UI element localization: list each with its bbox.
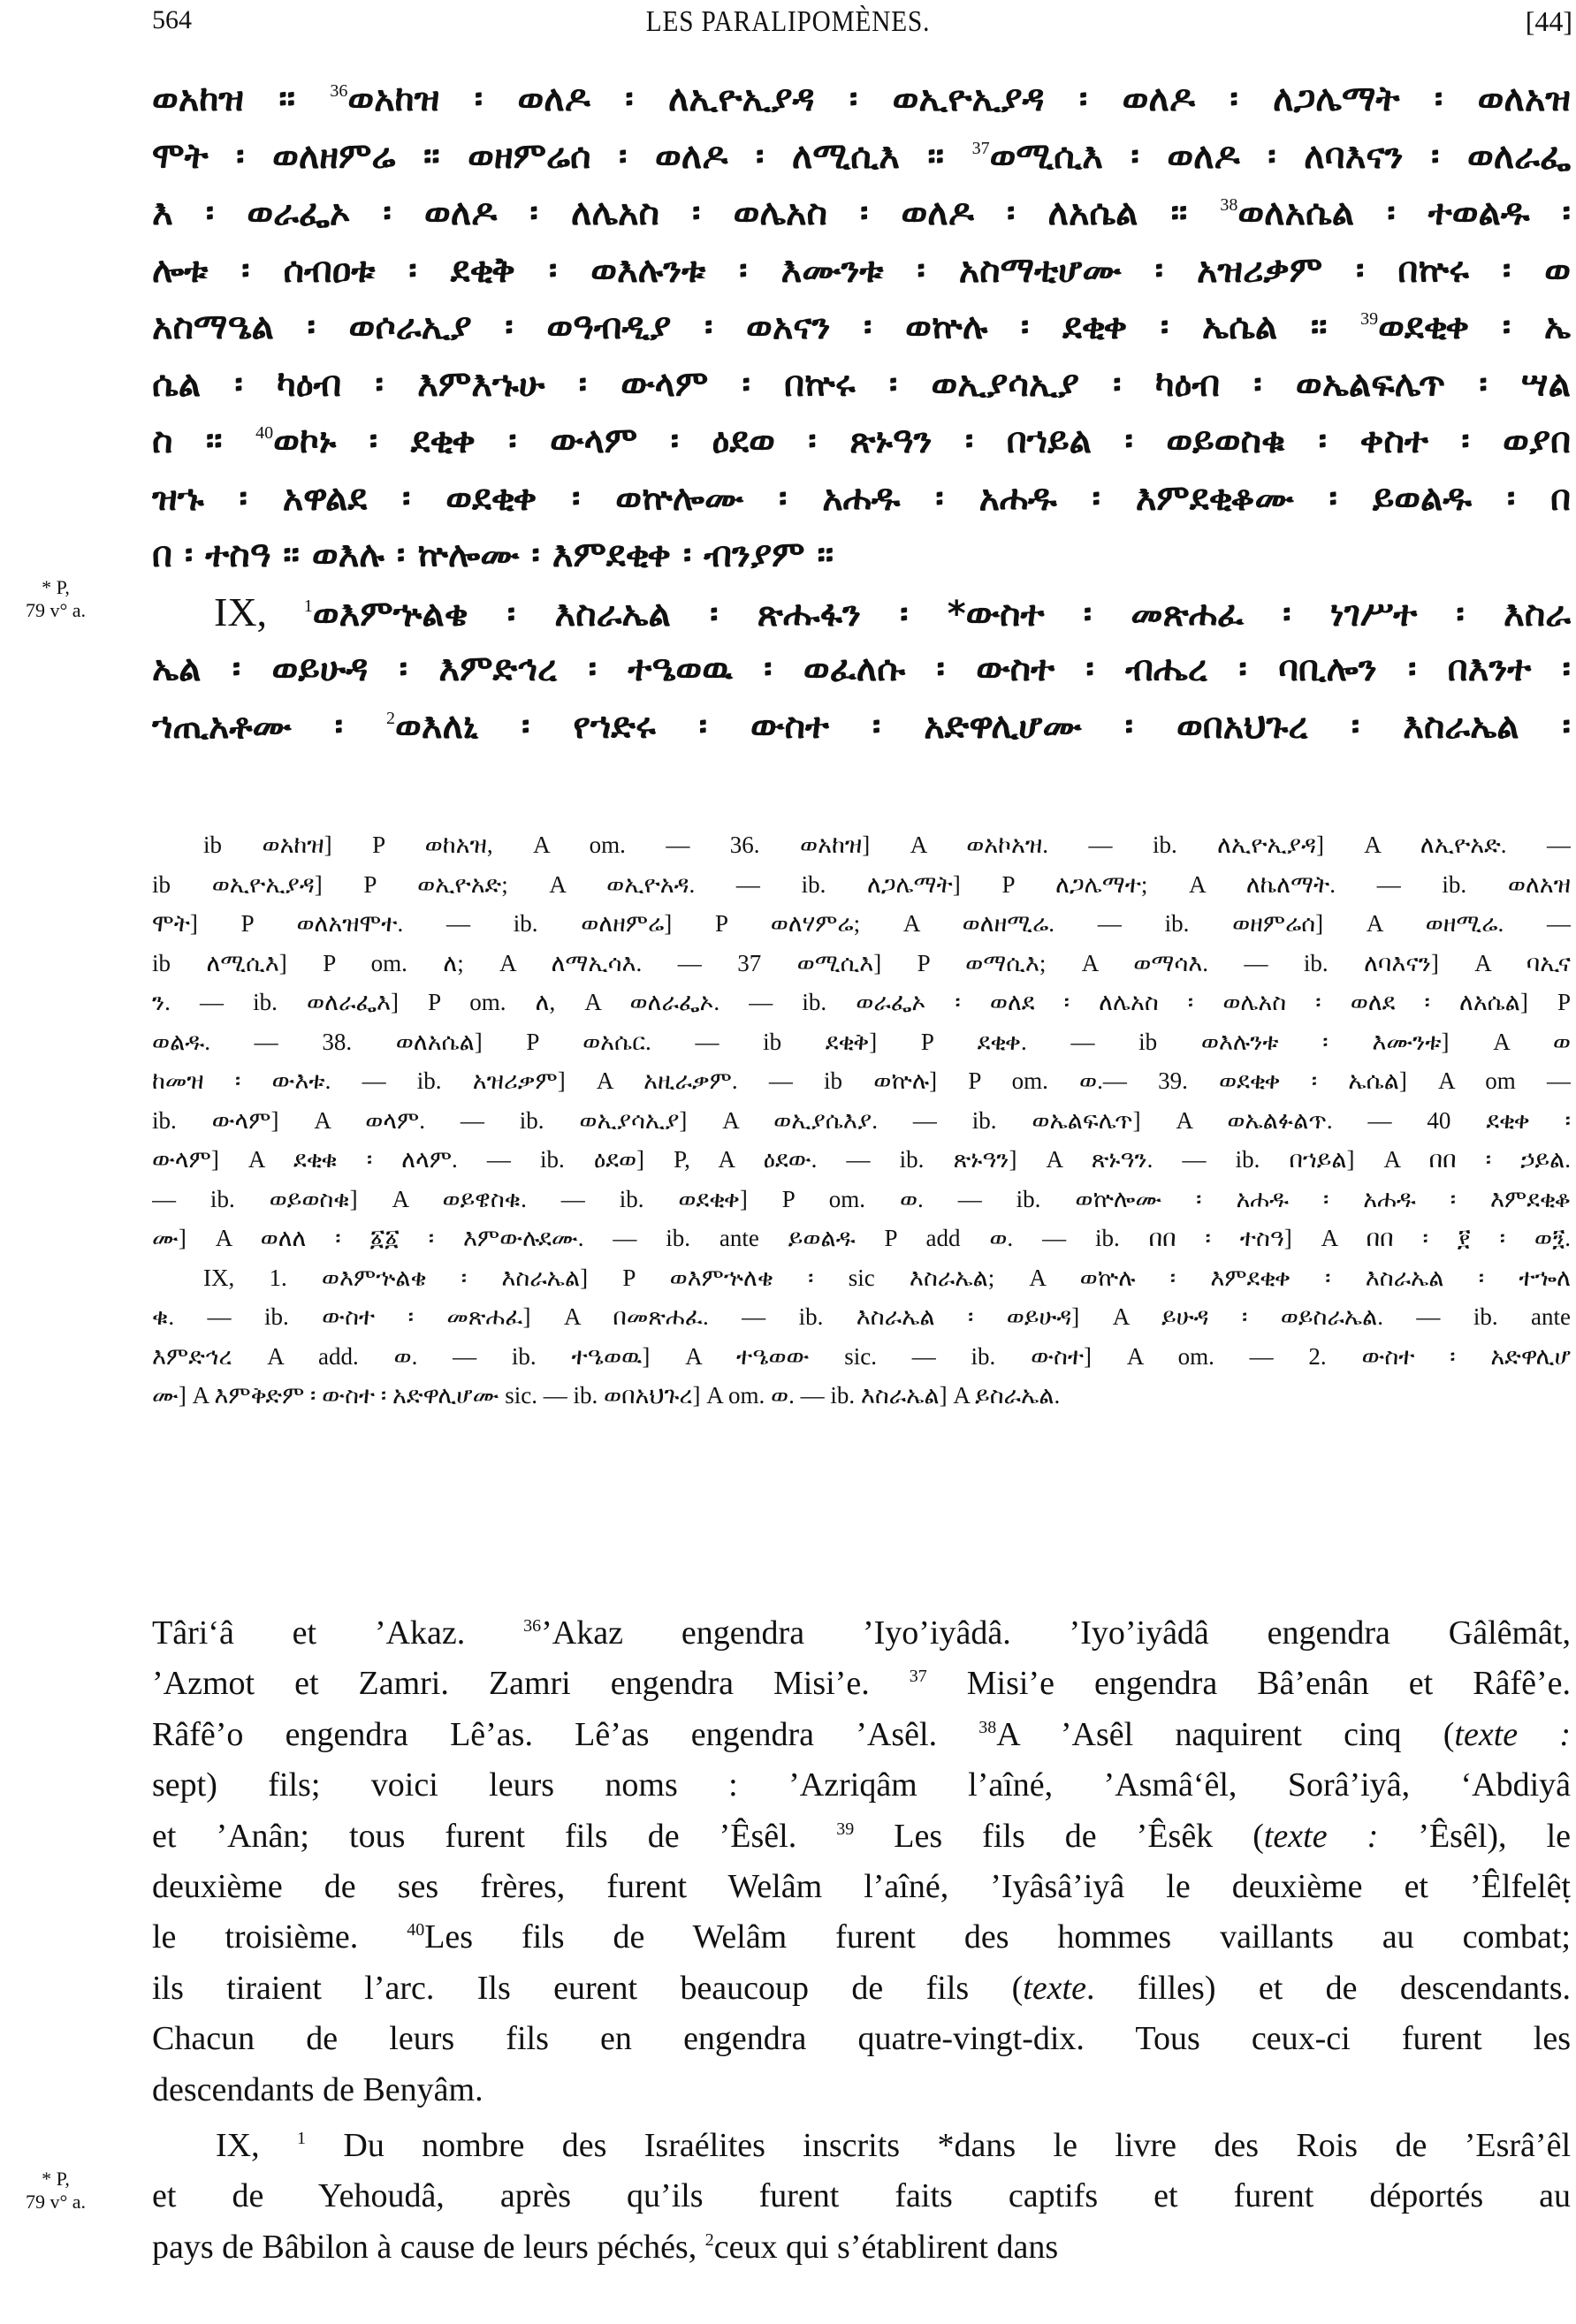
translation-text: pays de Bâbilon à cause de leurs péchés, (152, 2229, 705, 2266)
translation-text: Râfê’o engendra Lê’as. Lê’as engendra ’A… (152, 1716, 978, 1753)
ethiopic-text: ስ ። (152, 421, 255, 461)
ethiopic-line: ሞት ፡ ወለዘምሬ ። ወዘምሬሰ ፡ ወለዶ ፡ ለሚሲእ ። 37ወሚሲእ… (152, 128, 1571, 186)
ethiopic-text: ወእለኒ ፡ የኀድሩ ፡ ውስተ ፡ አድዋሊሆሙ ፡ ወበአህጉረ ፡ እስ… (395, 706, 1571, 747)
margin-note-folio: * P, 79 v° a. (7, 2168, 104, 2214)
translation-text: ceux qui s’établirent dans (714, 2229, 1058, 2266)
translation-text: Du nombre des Israélites inscrits *dans … (306, 2127, 1571, 2164)
translation-line: le troisième. 40Les fils de Welâm furent… (152, 1912, 1571, 1963)
running-title: LES PARALIPOMÈNES. (110, 5, 1466, 39)
verse-number: 40 (407, 1920, 424, 1940)
translation-text: sept) fils; voici leurs noms : ’Azriqâm … (152, 1766, 1571, 1804)
apparatus-line: ib. ውላም] A ወላም. — ib. ወኢያሳኢያ] A ወኢያሴእያ. … (152, 1101, 1571, 1141)
verse-number: 1 (297, 2129, 306, 2148)
translation-text: ’Azmot et Zamri. Zamri engendra Misi’e. (152, 1665, 910, 1702)
translation-text: deuxième de ses frères, furent Welâm l’a… (152, 1868, 1571, 1905)
translation-text: Târi‘â et ’Akaz. (152, 1614, 523, 1652)
ethiopic-text: ሞት ፡ ወለዘምሬ ። ወዘምሬሰ ፡ ወለዶ ፡ ለሚሲእ ። (152, 136, 972, 177)
verse-number: 36 (523, 1616, 541, 1636)
apparatus-line: እምድኅረ A add. ወ. — ib. ተዔወዉ] A ተዔወው sic. … (152, 1337, 1571, 1377)
translation-line: Târi‘â et ’Akaz. 36’Akaz engendra ’Iyo’i… (152, 1608, 1571, 1659)
translation-line: ils tiraient l’arc. Ils eurent beaucoup … (152, 1963, 1571, 2014)
ethiopic-line: እ ፡ ወራፌኦ ፡ ወለዶ ፡ ለሌአስ ፡ ወሌአስ ፡ ወለዶ ፡ ለአሴ… (152, 185, 1571, 242)
translation-line: deuxième de ses frères, furent Welâm l’a… (152, 1862, 1571, 1912)
translation-text: Chacun de leurs fils en engendra quatre-… (152, 2020, 1571, 2057)
verse-number: 36 (330, 81, 347, 101)
translation-text: IX, (216, 2127, 297, 2164)
verse-number: 38 (1220, 195, 1237, 215)
translation-text: descendants de Benyâm. (152, 2071, 483, 2108)
ethiopic-text: በ ፡ ተስዓ ። ወእሉ ፡ ኵሎሙ ፡ እምደቂቀ ፡ ብንያም ። (152, 535, 834, 575)
apparatus-line: — ib. ወይወስቁ] A ወይዌስቁ. — ib. ወደቂቀ] P om. … (152, 1180, 1571, 1219)
ethiopic-line: ሴል ፡ ካዕብ ፡ እምእኁሁ ፡ ውላም ፡ በኵሩ ፡ ወኢያሳኢያ ፡ … (152, 356, 1571, 414)
translation-line: Râfê’o engendra Lê’as. Lê’as engendra ’A… (152, 1710, 1571, 1760)
margin-note-line: * P, (7, 576, 104, 599)
french-translation: Târi‘â et ’Akaz. 36’Akaz engendra ’Iyo’i… (152, 1608, 1571, 2273)
ethiopic-text-block: ወአከዝ ። 36ወአከዝ ፡ ወለዶ ፡ ለኢዮኢያዳ ፡ ወኢዮኢያዳ ፡ … (152, 71, 1571, 755)
ethiopic-line: ኀጢአቶሙ ፡ 2ወእለኒ ፡ የኀድሩ ፡ ውስተ ፡ አድዋሊሆሙ ፡ ወበ… (152, 698, 1571, 756)
apparatus-line: ሙ] A እምቅድም ፡ ውስተ ፡ አድዋሊሆሙ sic. — ib. ወበአ… (152, 1376, 1571, 1416)
verse-number: 39 (836, 1819, 854, 1839)
ethiopic-text: ወአከዝ ፡ ወለዶ ፡ ለኢዮኢያዳ ፡ ወኢዮኢያዳ ፡ ወለዶ ፡ ለጋሌ… (347, 79, 1571, 119)
ethiopic-text: ኤል ፡ ወይሁዳ ፡ እምድኅረ ፡ ተዔወዉ ፡ ወፈለሱ ፡ ውስተ ፡ … (152, 649, 1571, 689)
verse-number: 1 (304, 596, 313, 616)
apparatus-line: ውላም] A ደቂቁ ፡ ለላም. — ib. ዕደወ] P, A ዕደው. —… (152, 1140, 1571, 1180)
critical-apparatus: ib ወአከዝ] P ወከአዝ, A om. — 36. ወአከዝ] A ወአኮ… (152, 825, 1571, 1416)
ethiopic-line: ወአከዝ ። 36ወአከዝ ፡ ወለዶ ፡ ለኢዮኢያዳ ፡ ወኢዮኢያዳ ፡ … (152, 71, 1571, 128)
translation-text: et de Yehoudâ, après qu’ils furent faits… (152, 2177, 1571, 2214)
apparatus-line: ሞት] P ወለአዝሞተ. — ib. ወለዘምሬ] P ወለሃምሬ; A ወለ… (152, 904, 1571, 944)
translation-line: et ’Anân; tous furent fils de ’Êsêl. 39 … (152, 1811, 1571, 1862)
translation-line: et de Yehoudâ, après qu’ils furent faits… (152, 2171, 1571, 2221)
page-header: 564 LES PARALIPOMÈNES. [44] (0, 5, 1576, 49)
ethiopic-text: ወእምኍልቄ ፡ እስራኤል ፡ ጽሑፋን ፡ *ውስተ ፡ መጽሐፈ ፡ ነገ… (313, 594, 1571, 634)
margin-note-line: * P, (7, 2168, 104, 2191)
apparatus-line: ከመዝ ፡ ውእቱ. — ib. አዝሪቃም] A አዚራቃም. — ib ወኵ… (152, 1061, 1571, 1101)
verse-number: 39 (1360, 309, 1378, 329)
italic-note: texte : (1454, 1716, 1571, 1753)
translation-text: Misi’e engendra Bâ’enân et Râfê’e. (927, 1665, 1571, 1702)
chapter-number: IX, (214, 589, 304, 634)
italic-note: texte : (1264, 1818, 1378, 1855)
ethiopic-text: ወደቂቀ ፡ ኤ (1378, 307, 1571, 347)
translation-line: ’Azmot et Zamri. Zamri engendra Misi’e. … (152, 1659, 1571, 1709)
ethiopic-text: ወለአሴል ፡ ተወልዱ ፡ (1237, 193, 1571, 233)
apparatus-line: ib ወአከዝ] P ወከአዝ, A om. — 36. ወአከዝ] A ወአኮ… (152, 825, 1571, 865)
ethiopic-line: ስ ። 40ወኮኑ ፡ ደቂቀ ፡ ውላም ፡ ዕደወ ፡ ጽኑዓን ፡ በኀይ… (152, 413, 1571, 470)
translation-text: . filles) et de descendants. (1086, 1970, 1571, 2007)
ethiopic-text: አስማዔል ፡ ወሶራኢያ ፡ ወዓብዲያ ፡ ወአናን ፡ ወኵሉ ፡ ደቂቀ… (152, 307, 1360, 347)
translation-text: ’Êsêl), le (1378, 1818, 1571, 1855)
apparatus-line: ib ወኢዮኢያዳ] P ወኢዮአድ; A ወኢዮአዳ. — ib. ለጋሌማት… (152, 865, 1571, 905)
apparatus-line: IX, 1. ወእምኍልቄ ፡ እስራኤል] P ወእምኍለቄ ፡ sic እስ… (152, 1258, 1571, 1298)
ethiopic-text: ዝኁ ፡ አዋልደ ፡ ወደቂቀ ፡ ወኵሎሙ ፡ አሐዱ ፡ አሐዱ ፡ እም… (152, 478, 1571, 519)
margin-note-folio: * P, 79 v° a. (7, 576, 104, 622)
ethiopic-line: አስማዔል ፡ ወሶራኢያ ፡ ወዓብዲያ ፡ ወአናን ፡ ወኵሉ ፡ ደቂቀ… (152, 299, 1571, 356)
ethiopic-text: ኀጢአቶሙ ፡ (152, 706, 386, 747)
translation-line: descendants de Benyâm. (152, 2065, 1571, 2115)
section-reference: [44] (1526, 5, 1572, 38)
ethiopic-text: እ ፡ ወራፌኦ ፡ ወለዶ ፡ ለሌአስ ፡ ወሌአስ ፡ ወለዶ ፡ ለአሴ… (152, 193, 1220, 233)
ethiopic-text: ሴል ፡ ካዕብ ፡ እምእኁሁ ፡ ውላም ፡ በኵሩ ፡ ወኢያሳኢያ ፡ … (152, 364, 1571, 405)
apparatus-line: ን. — ib. ወለራፌእ] P om. ለ, A ወለራፌኦ. — ib. … (152, 983, 1571, 1022)
translation-text: ils tiraient l’arc. Ils eurent beaucoup … (152, 1970, 1023, 2007)
ethiopic-text: ወሚሲእ ፡ ወለዶ ፡ ለባእናን ፡ ወለራፌ (990, 136, 1571, 177)
margin-note-line: 79 v° a. (7, 2191, 104, 2214)
verse-number: 37 (972, 139, 990, 158)
ethiopic-text: ወአከዝ ። (152, 79, 330, 119)
ethiopic-line: በ ፡ ተስዓ ። ወእሉ ፡ ኵሎሙ ፡ እምደቂቀ ፡ ብንያም ። (152, 527, 1571, 584)
apparatus-line: ሙ] A ወለለ ፡ ፩፩ ፡ እምውሉደሙ. — ib. ante ይወልዱ … (152, 1219, 1571, 1258)
translation-text: Les fils de ’Êsêk ( (854, 1818, 1264, 1855)
italic-note: texte (1023, 1970, 1086, 2007)
translation-text: et ’Anân; tous furent fils de ’Êsêl. (152, 1818, 836, 1855)
translation-line: sept) fils; voici leurs noms : ’Azriqâm … (152, 1760, 1571, 1811)
translation-text: ’Akaz engendra ’Iyo’iyâdâ. ’Iyo’iyâdâ en… (541, 1614, 1571, 1652)
margin-note-line: 79 v° a. (7, 599, 104, 622)
verse-number: 40 (255, 423, 273, 443)
ethiopic-text: ሎቱ ፡ ሰብዐቱ ፡ ደቂቅ ፡ ወእሉንቱ ፡ እሙንቱ ፡ አስማቲሆሙ … (152, 250, 1571, 291)
verse-number: 37 (910, 1667, 927, 1686)
verse-number: 2 (386, 709, 395, 728)
apparatus-line: ወልዱ. — 38. ወለአሴል] P ወአሴር. — ib ደቂቅ] P ደቂ… (152, 1022, 1571, 1062)
apparatus-line: ቁ. — ib. ውስተ ፡ መጽሐፈ] A በመጽሐፈ. — ib. እስራኤ… (152, 1297, 1571, 1337)
ethiopic-line: IX, 1ወእምኍልቄ ፡ እስራኤል ፡ ጽሑፋን ፡ *ውስተ ፡ መጽሐፈ… (152, 584, 1571, 642)
ethiopic-line: ሎቱ ፡ ሰብዐቱ ፡ ደቂቅ ፡ ወእሉንቱ ፡ እሙንቱ ፡ አስማቲሆሙ … (152, 242, 1571, 300)
ethiopic-line: ኤል ፡ ወይሁዳ ፡ እምድኅረ ፡ ተዔወዉ ፡ ወፈለሱ ፡ ውስተ ፡ … (152, 641, 1571, 698)
ethiopic-line: ዝኁ ፡ አዋልደ ፡ ወደቂቀ ፡ ወኵሎሙ ፡ አሐዱ ፡ አሐዱ ፡ እም… (152, 470, 1571, 528)
translation-line: Chacun de leurs fils en engendra quatre-… (152, 2014, 1571, 2064)
verse-number: 2 (705, 2230, 714, 2250)
apparatus-line: ib ለሚሲእ] P om. ለ; A ለማኢሳእ. — 37 ወሚሲእ] P … (152, 944, 1571, 984)
translation-text: le troisième. (152, 1918, 407, 1956)
translation-line: IX, 1 Du nombre des Israélites inscrits … (152, 2121, 1571, 2171)
translation-text: A ’Asêl naquirent cinq ( (996, 1716, 1454, 1753)
translation-text: Les fils de Welâm furent des hommes vail… (424, 1918, 1571, 1956)
ethiopic-text: ወኮኑ ፡ ደቂቀ ፡ ውላም ፡ ዕደወ ፡ ጽኑዓን ፡ በኀይል ፡ ወይ… (273, 421, 1571, 461)
verse-number: 38 (978, 1718, 996, 1737)
translation-line: pays de Bâbilon à cause de leurs péchés,… (152, 2222, 1571, 2273)
